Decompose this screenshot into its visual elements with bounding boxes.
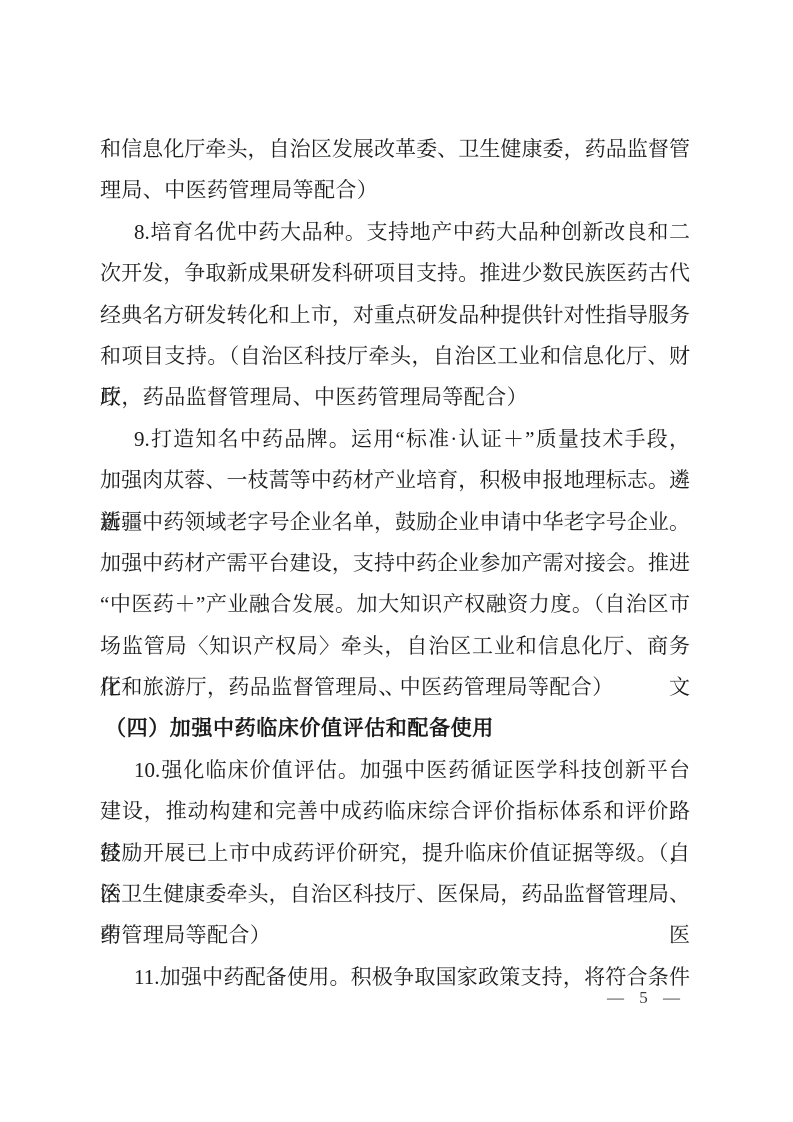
text-line: 理局、中医药管理局等配合）	[100, 170, 690, 211]
text-line: 场监管局〈知识产权局〉牵头，自治区工业和信息化厅、商务厅、文	[100, 626, 690, 667]
text-line: 经典名方研发转化和上市，对重点研发品种提供针对性指导服务	[100, 295, 690, 336]
text-line: 和信息化厅牵头，自治区发展改革委、卫生健康委，药品监督管	[100, 129, 690, 170]
text-line: 10.强化临床价值评估。加强中医药循证医学科技创新平台	[100, 750, 690, 791]
text-line: 加强中药材产需平台建设，支持中药企业参加产需对接会。推进	[100, 543, 690, 584]
text-line: 厅，药品监督管理局、中医药管理局等配合）	[100, 377, 690, 418]
text-line: 8.培育名优中药大品种。支持地产中药大品种创新改良和二	[100, 212, 690, 253]
text-line: 区卫生健康委牵头，自治区科技厅、医保局，药品监督管理局、中医	[100, 874, 690, 915]
page-number: — 5 —	[607, 986, 681, 1010]
text-line: 加强肉苁蓉、一枝蒿等中药材产业培育，积极申报地理标志。遴选	[100, 460, 690, 501]
text-line: 建设，推动构建和完善中成药临床综合评价指标体系和评价路径，	[100, 791, 690, 832]
text-line: “中医药＋”产业融合发展。加大知识产权融资力度。（自治区市	[100, 584, 690, 625]
section-heading: （四）加强中药临床价值评估和配备使用	[100, 708, 690, 749]
text-line: 鼓励开展已上市中成药评价研究，提升临床价值证据等级。（自治	[100, 833, 690, 874]
text-line: 和项目支持。（自治区科技厅牵头，自治区工业和信息化厅、财政	[100, 336, 690, 377]
document-page: 和信息化厅牵头，自治区发展改革委、卫生健康委，药品监督管 理局、中医药管理局等配…	[0, 0, 793, 1122]
text-line: 化和旅游厅，药品监督管理局、中医药管理局等配合）	[100, 667, 690, 708]
text-line: 11.加强中药配备使用。积极争取国家政策支持，将符合条件	[100, 957, 690, 998]
text-line: 次开发，争取新成果研发科研项目支持。推进少数民族医药古代	[100, 253, 690, 294]
document-text-block: 和信息化厅牵头，自治区发展改革委、卫生健康委，药品监督管 理局、中医药管理局等配…	[100, 129, 690, 998]
text-line: 新疆中药领域老字号企业名单，鼓励企业申请中华老字号企业。	[100, 502, 690, 543]
text-line: 9.打造知名中药品牌。运用“标准·认证＋”质量技术手段，	[100, 419, 690, 460]
